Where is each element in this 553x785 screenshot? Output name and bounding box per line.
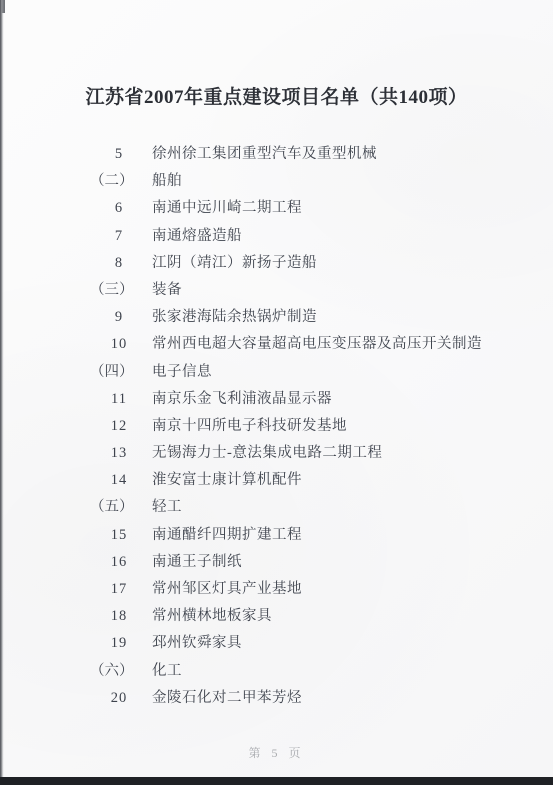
project-row: 18常州横林地板家具: [0, 603, 553, 630]
project-row: 11南京乐金飞利浦液晶显示器: [0, 386, 553, 413]
item-number: 15: [104, 522, 134, 549]
section-row: （三）装备: [0, 277, 553, 304]
item-number: 14: [104, 467, 134, 494]
project-name: 南京乐金飞利浦液晶显示器: [152, 386, 332, 413]
section-title: 化工: [152, 658, 182, 685]
section-marker: （三）: [90, 277, 134, 304]
item-number: 19: [104, 630, 134, 657]
item-number: 6: [104, 195, 134, 222]
project-name: 徐州徐工集团重型汽车及重型机械: [152, 141, 377, 168]
project-row: 5徐州徐工集团重型汽车及重型机械: [0, 141, 553, 168]
page-number: 第 5 页: [0, 744, 553, 761]
project-name: 南通王子制纸: [152, 549, 242, 576]
item-number: 20: [104, 685, 134, 712]
item-number: 11: [104, 386, 134, 413]
project-row: 17常州邹区灯具产业基地: [0, 576, 553, 603]
section-title: 轻工: [152, 494, 182, 521]
item-number: 16: [104, 549, 134, 576]
item-number: 8: [104, 250, 134, 277]
project-row: 12南京十四所电子科技研发基地: [0, 413, 553, 440]
project-list: 5徐州徐工集团重型汽车及重型机械（二）船舶6南通中远川崎二期工程7南通熔盛造船8…: [0, 141, 553, 712]
project-name: 常州横林地板家具: [152, 603, 272, 630]
item-number: 9: [104, 304, 134, 331]
project-name: 南通熔盛造船: [152, 223, 242, 250]
section-row: （四）电子信息: [0, 359, 553, 386]
project-row: 15南通醋纤四期扩建工程: [0, 522, 553, 549]
project-row: 10常州西电超大容量超高电压变压器及高压开关制造: [0, 331, 553, 358]
project-name: 邳州钦舜家具: [152, 630, 242, 657]
project-row: 20金陵石化对二甲苯芳烃: [0, 685, 553, 712]
project-row: 16南通王子制纸: [0, 549, 553, 576]
section-title: 电子信息: [152, 359, 212, 386]
item-number: 18: [104, 603, 134, 630]
project-name: 常州西电超大容量超高电压变压器及高压开关制造: [152, 331, 482, 358]
item-number: 17: [104, 576, 134, 603]
project-name: 江阴（靖江）新扬子造船: [152, 250, 317, 277]
project-row: 8江阴（靖江）新扬子造船: [0, 250, 553, 277]
section-row: （五）轻工: [0, 494, 553, 521]
section-title: 船舶: [152, 168, 182, 195]
scanned-document-page: 江苏省2007年重点建设项目名单（共140项） 5徐州徐工集团重型汽车及重型机械…: [0, 0, 553, 785]
project-name: 淮安富士康计算机配件: [152, 467, 302, 494]
document-title: 江苏省2007年重点建设项目名单（共140项）: [0, 82, 553, 109]
section-marker: （五）: [90, 494, 134, 521]
project-row: 7南通熔盛造船: [0, 223, 553, 250]
project-name: 金陵石化对二甲苯芳烃: [152, 685, 302, 712]
section-title: 装备: [152, 277, 182, 304]
item-number: 13: [104, 440, 134, 467]
project-row: 6南通中远川崎二期工程: [0, 195, 553, 222]
project-row: 9张家港海陆余热锅炉制造: [0, 304, 553, 331]
project-name: 南通醋纤四期扩建工程: [152, 522, 302, 549]
project-row: 19邳州钦舜家具: [0, 630, 553, 657]
section-row: （二）船舶: [0, 168, 553, 195]
project-name: 张家港海陆余热锅炉制造: [152, 304, 317, 331]
section-marker: （六）: [90, 658, 134, 685]
project-name: 南京十四所电子科技研发基地: [152, 413, 347, 440]
project-row: 14淮安富士康计算机配件: [0, 467, 553, 494]
project-name: 无锡海力士-意法集成电路二期工程: [152, 440, 382, 467]
scan-edge-bottom: [0, 777, 553, 785]
project-name: 南通中远川崎二期工程: [152, 195, 302, 222]
section-marker: （二）: [90, 168, 134, 195]
item-number: 10: [104, 331, 134, 358]
section-marker: （四）: [90, 359, 134, 386]
item-number: 12: [104, 413, 134, 440]
project-name: 常州邹区灯具产业基地: [152, 576, 302, 603]
project-row: 13无锡海力士-意法集成电路二期工程: [0, 440, 553, 467]
section-row: （六）化工: [0, 658, 553, 685]
item-number: 7: [104, 223, 134, 250]
item-number: 5: [104, 141, 134, 168]
